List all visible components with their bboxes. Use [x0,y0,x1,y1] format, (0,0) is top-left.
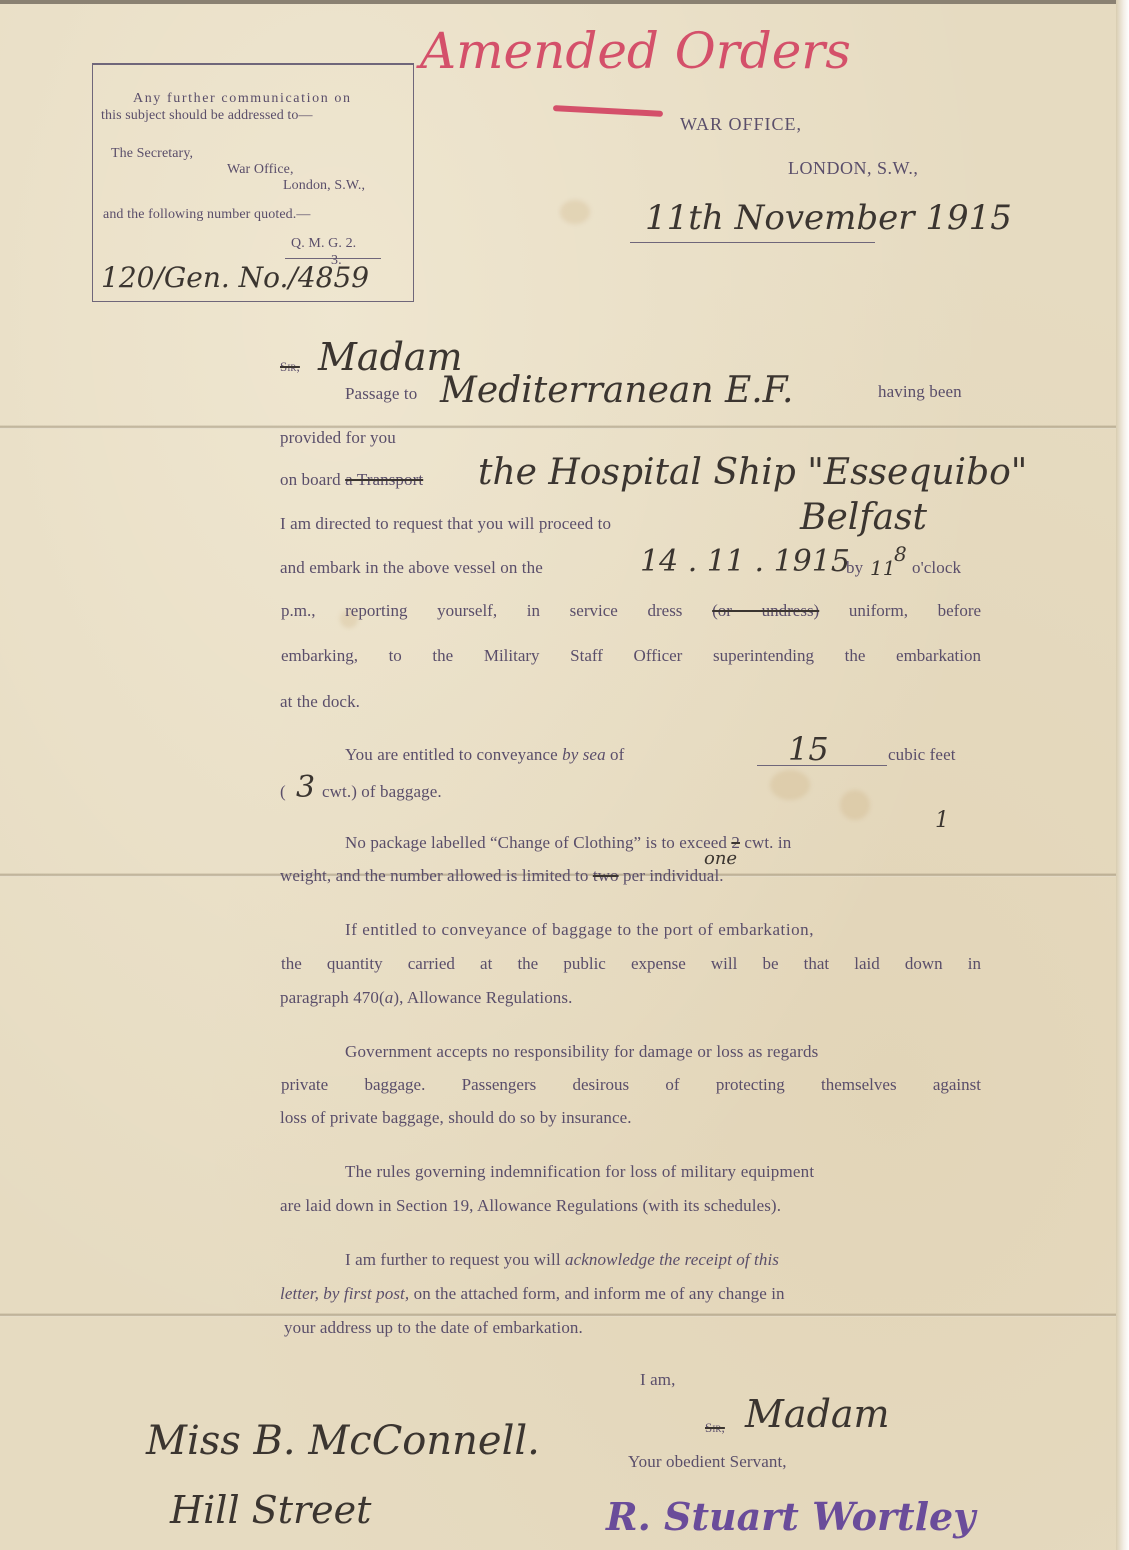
amended-orders-annotation: Amended Orders [420,22,851,80]
para-rules-1: The rules governing indemnification for … [345,1162,814,1182]
ref-addressee-2: War Office, [227,162,294,178]
package-line-1a: No package labelled “Change of Clothing”… [345,833,727,852]
embark-prefix: and embark in the above vessel on the [280,558,543,578]
salutation-sir-struck: Sir, [280,359,300,376]
cwt-open: ( [280,782,286,802]
embark-suffix: o'clock [912,558,961,578]
ref-line-1: Any further communication on [133,91,352,107]
proceed-place: Belfast [800,497,927,538]
para-ack-3: your address up to the date of embarkati… [284,1318,583,1338]
conveyance-of: of [610,745,624,764]
para-govt-1: Government accepts no responsibility for… [345,1042,819,1062]
cubic-feet-label: cubic feet [888,745,956,765]
report-line-1: p.m., reporting yourself, in service dre… [281,601,981,621]
para-port-2: the quantity carried at the public expen… [281,954,981,974]
package-struck-2: two [593,866,619,885]
passage-destination: Mediterranean E.F. [440,370,794,411]
ref-addressee-1: The Secretary, [111,146,193,162]
on-board-line: on board a Transport [280,470,423,490]
para-govt-2: private baggage. Passengers desirous of … [281,1075,981,1095]
ref-number: 120/Gen. No./4859 [101,261,369,294]
para-ack-2b: on the attached form, and inform me of a… [414,1284,785,1303]
para-port-3: paragraph 470(a), Allowance Regulations. [280,988,572,1008]
letterhead-location: LONDON, S.W., [788,158,918,179]
ref-quote-line: and the following number quoted.— [103,207,310,223]
date-rule [630,242,875,243]
fold-line-3 [0,1313,1116,1317]
report-line-1b: uniform, before [849,601,981,620]
passage-prefix: Passage to [345,384,417,404]
embark-hour: 11 [870,556,895,580]
package-correction-2: one [704,848,737,869]
closing-i-am: I am, [640,1370,675,1390]
closing-madam: Madam [745,1392,890,1436]
proceed-text: I am directed to request that you will p… [280,514,611,534]
report-line-1a: p.m., reporting yourself, in service dre… [281,601,682,620]
recipient-name: Miss B. McConnell. [146,1418,540,1464]
para-ack-1: I am further to request you will acknowl… [345,1250,779,1270]
letter-date: 11th November 1915 [645,198,1012,238]
on-board-prefix: on board [280,470,341,489]
package-line-1b: cwt. in [744,833,791,852]
ref-dept-code: Q. M. G. 2. [291,236,356,252]
letterhead-office: WAR OFFICE, [680,114,802,135]
para-rules-2: are laid down in Section 19, Allowance R… [280,1196,781,1216]
conveyance-italic: by sea [562,745,606,764]
para-ack-2-italic: letter, by first post, [280,1284,409,1303]
para-ack-1a: I am further to request you will [345,1250,561,1269]
stain [840,790,870,820]
package-line-2: weight, and the number allowed is limite… [280,866,724,886]
para-ack-1-italic: acknowledge the receipt of this [565,1250,779,1269]
paper-edge [1116,0,1129,1550]
embark-date: 14 . 11 . 1915 [640,544,850,579]
reference-box: Any further communication on this subjec… [92,63,414,302]
para-ack-2: letter, by first post, on the attached f… [280,1284,785,1304]
para-govt-3: loss of private baggage, should do so by… [280,1108,632,1128]
conveyance-line: You are entitled to conveyance by sea of [345,745,624,765]
passage-suffix: having been [878,382,962,402]
closing-sir-struck: Sir, [705,1420,725,1437]
stain [770,770,810,800]
report-line-3: at the dock. [280,692,360,712]
fold-line-1 [0,425,1116,429]
cwt-label: cwt.) of baggage. [322,782,442,802]
recipient-street: Hill Street [170,1488,371,1532]
conveyance-prefix: You are entitled to conveyance [345,745,558,764]
para-port-3b: ), Allowance Regulations. [393,988,572,1007]
signature: R. Stuart Wortley [606,1494,975,1539]
package-line-2a: weight, and the number allowed is limite… [280,866,588,885]
embark-hour-alt: 8 [894,542,907,566]
cwt-value: 3 [296,770,315,805]
package-correction: 1 [935,808,949,833]
closing-servant: Your obedient Servant, [628,1452,787,1472]
vessel-name: the Hospital Ship "Essequibo" [478,452,1027,493]
para-port-1: If entitled to conveyance of baggage to … [345,920,980,940]
ref-addressee-3: London, S.W., [283,178,365,194]
para-port-1-text: If entitled to conveyance of baggage to … [345,920,814,939]
report-struck: (or undress) [712,601,819,620]
para-govt-1-text: Government accepts no responsibility for… [345,1042,819,1061]
report-line-2: embarking, to the Military Staff Officer… [281,646,981,666]
embark-by: by [846,558,863,578]
stain [560,200,590,224]
cubic-feet-value: 15 [788,730,829,768]
provided-for: provided for you [280,428,396,448]
para-port-3a: paragraph 470( [280,988,385,1007]
ref-line-2: this subject should be addressed to— [101,108,313,124]
on-board-struck: a Transport [345,470,423,489]
para-rules-1-text: The rules governing indemnification for … [345,1162,814,1181]
